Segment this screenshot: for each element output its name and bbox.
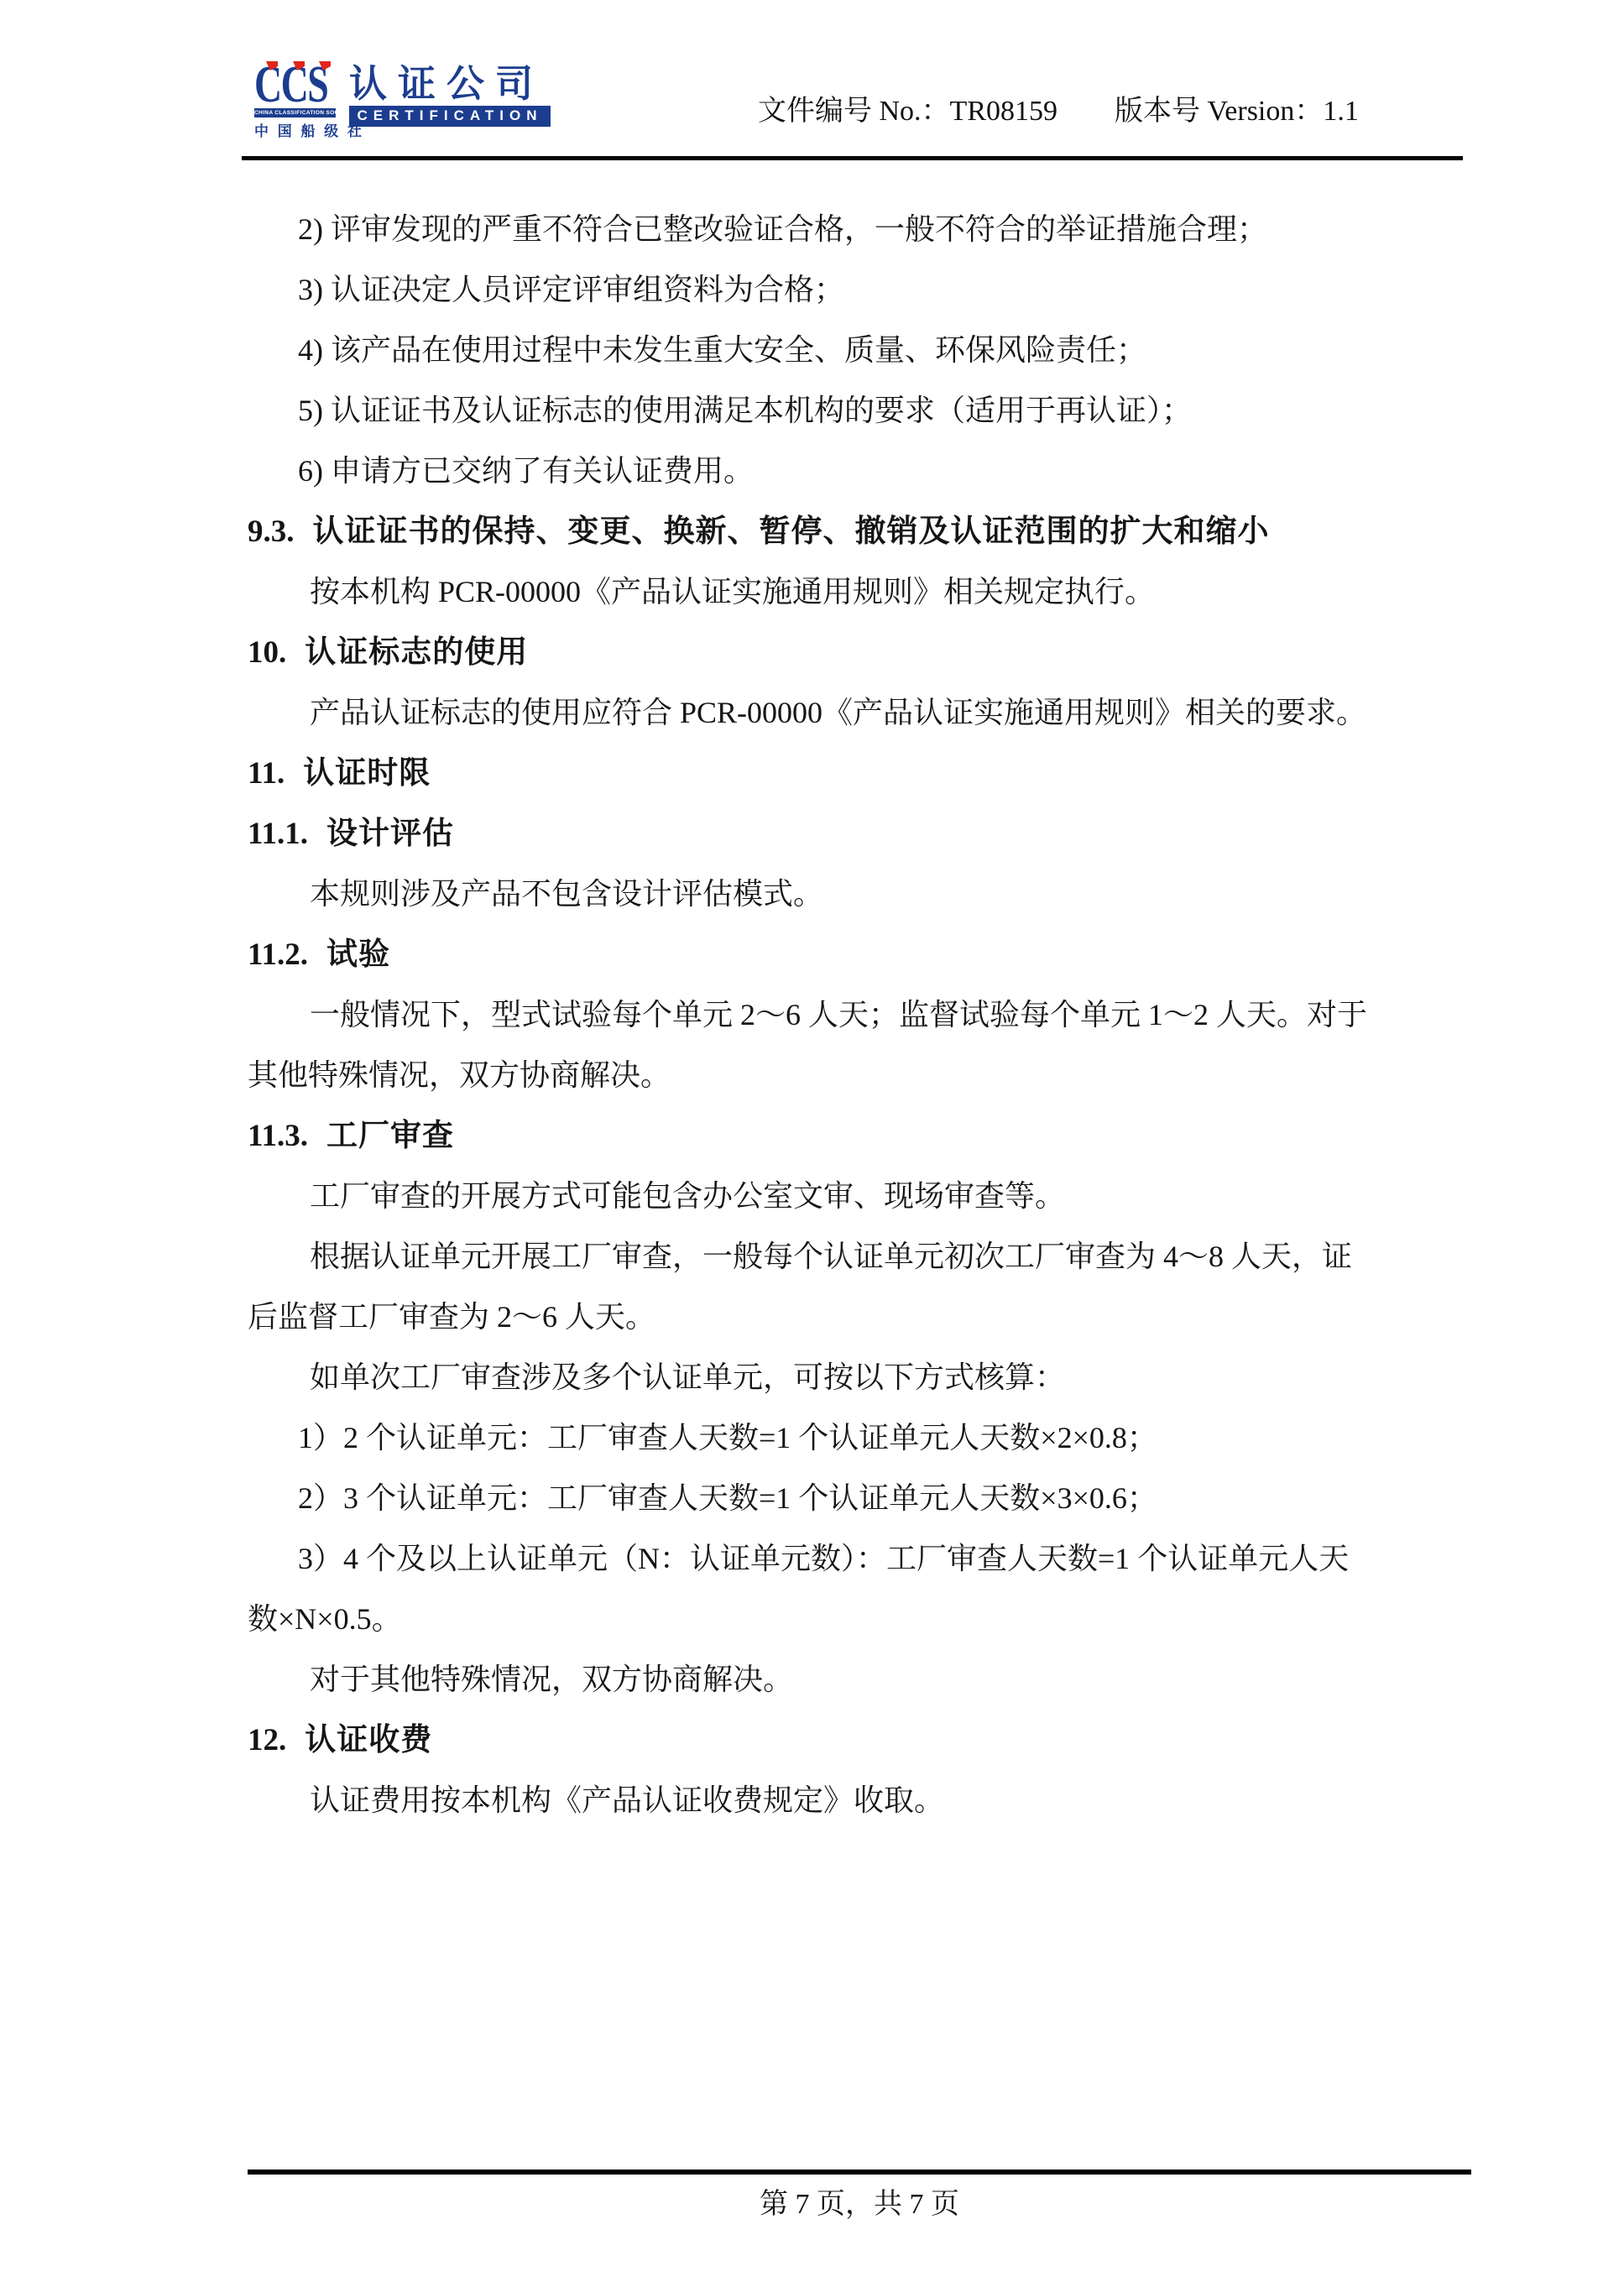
section-heading: 10.认证标志的使用 bbox=[248, 622, 1466, 682]
body-line: 5) 认证证书及认证标志的使用满足本机构的要求（适用于再认证）； bbox=[248, 380, 1466, 441]
heading-number: 11.1. bbox=[248, 817, 308, 851]
heading-number: 12. bbox=[248, 1723, 286, 1757]
body-line: 根据认证单元开展工厂审查，一般每个认证单元初次工厂审查为 4～8 人天，证 bbox=[248, 1226, 1466, 1287]
heading-number: 11.2. bbox=[248, 937, 308, 972]
heading-number: 9.3. bbox=[248, 514, 295, 549]
line-text: 设计评估 bbox=[326, 816, 454, 850]
line-text: 按本机构 PCR-00000《产品认证实施通用规则》相关规定执行。 bbox=[310, 575, 1155, 608]
line-text: 3) 认证决定人员评定评审组资料为合格； bbox=[298, 273, 844, 306]
line-text: 对于其他特殊情况，双方协商解决。 bbox=[310, 1663, 793, 1696]
page-number: 第 7 页，共 7 页 bbox=[248, 2180, 1471, 2229]
line-text: 5) 认证证书及认证标志的使用满足本机构的要求（适用于再认证）； bbox=[298, 394, 1192, 427]
body-line: 2）3 个认证单元：工厂审查人天数=1 个认证单元人天数×3×0.6； bbox=[248, 1468, 1466, 1528]
section-heading: 11.2.试验 bbox=[248, 924, 1466, 984]
certification-bar: CERTIFICATION bbox=[349, 106, 551, 127]
header-rule bbox=[242, 156, 1463, 160]
line-text: 认证标志的使用 bbox=[305, 634, 528, 669]
footer-rule bbox=[248, 2170, 1471, 2175]
line-text: 认证费用按本机构《产品认证收费规定》收取。 bbox=[310, 1783, 944, 1817]
section-heading: 11.认证时限 bbox=[248, 743, 1466, 803]
line-text: 2) 评审发现的严重不符合已整改验证合格，一般不符合的举证措施合理； bbox=[298, 212, 1267, 246]
body-line: 产品认证标志的使用应符合 PCR-00000《产品认证实施通用规则》相关的要求。 bbox=[248, 682, 1466, 743]
section-heading: 11.3.工厂审查 bbox=[248, 1105, 1466, 1166]
line-text: 认证证书的保持、变更、换新、暂停、撤销及认证范围的扩大和缩小 bbox=[313, 514, 1270, 548]
doc-number: 文件编号 No.：TR08159 bbox=[758, 87, 1057, 128]
line-text: 2）3 个认证单元：工厂审查人天数=1 个认证单元人天数×3×0.6； bbox=[298, 1481, 1157, 1515]
ccs-logo-right: 认证公司 CERTIFICATION bbox=[349, 64, 551, 127]
body-line: 1）2 个认证单元：工厂审查人天数=1 个认证单元人天数×2×0.8； bbox=[248, 1407, 1466, 1468]
body-line: 本规则涉及产品不包含设计评估模式。 bbox=[248, 864, 1466, 924]
heading-number: 10. bbox=[248, 635, 286, 670]
line-text: 一般情况下，型式试验每个单元 2～6 人天；监督试验每个单元 1～2 人天。对于 bbox=[310, 998, 1367, 1031]
line-text: 试验 bbox=[326, 937, 390, 971]
body-line: 其他特殊情况，双方协商解决。 bbox=[248, 1045, 1466, 1105]
line-text: 产品认证标志的使用应符合 PCR-00000《产品认证实施通用规则》相关的要求。 bbox=[310, 696, 1366, 729]
ccs-letters: CCS bbox=[254, 64, 338, 106]
body-line: 一般情况下，型式试验每个单元 2～6 人天；监督试验每个单元 1～2 人天。对于 bbox=[248, 984, 1466, 1045]
line-text: 1）2 个认证单元：工厂审查人天数=1 个认证单元人天数×2×0.8； bbox=[298, 1421, 1157, 1454]
body-line: 后监督工厂审查为 2～6 人天。 bbox=[248, 1287, 1466, 1347]
body-line: 对于其他特殊情况，双方协商解决。 bbox=[248, 1649, 1466, 1710]
line-text: 6) 申请方已交纳了有关认证费用。 bbox=[298, 454, 754, 488]
company-name-cn: 认证公司 bbox=[349, 64, 551, 103]
line-text: 数×N×0.5。 bbox=[248, 1602, 402, 1636]
body-line: 3) 认证决定人员评定评审组资料为合格； bbox=[248, 259, 1466, 320]
document-body: 2) 评审发现的严重不符合已整改验证合格，一般不符合的举证措施合理；3) 认证决… bbox=[248, 199, 1466, 1830]
body-line: 如单次工厂审查涉及多个认证单元，可按以下方式核算： bbox=[248, 1347, 1466, 1407]
ccs-logo-text: CCS bbox=[254, 64, 316, 106]
line-text: 4) 该产品在使用过程中未发生重大安全、质量、环保风险责任； bbox=[298, 333, 1146, 367]
line-text: 认证收费 bbox=[305, 1722, 432, 1757]
line-text: 本规则涉及产品不包含设计评估模式。 bbox=[310, 877, 823, 911]
body-line: 6) 申请方已交纳了有关认证费用。 bbox=[248, 441, 1466, 501]
body-line: 工厂审查的开展方式可能包含办公室文审、现场审查等。 bbox=[248, 1166, 1466, 1226]
ccs-logo: CCS CHINA CLASSIFICATION SOCIETY 中 国 船 级… bbox=[254, 64, 551, 140]
body-line: 按本机构 PCR-00000《产品认证实施通用规则》相关规定执行。 bbox=[248, 561, 1466, 622]
line-text: 3）4 个及以上认证单元（N：认证单元数）：工厂审查人天数=1 个认证单元人天 bbox=[298, 1542, 1349, 1575]
line-text: 后监督工厂审查为 2～6 人天。 bbox=[248, 1300, 655, 1334]
body-line: 4) 该产品在使用过程中未发生重大安全、质量、环保风险责任； bbox=[248, 320, 1466, 380]
heading-number: 11. bbox=[248, 756, 285, 791]
document-page: CCS CHINA CLASSIFICATION SOCIETY 中 国 船 级… bbox=[0, 0, 1624, 2287]
line-text: 根据认证单元开展工厂审查，一般每个认证单元初次工厂审查为 4～8 人天，证 bbox=[310, 1240, 1352, 1273]
body-line: 2) 评审发现的严重不符合已整改验证合格，一般不符合的举证措施合理； bbox=[248, 199, 1466, 259]
line-text: 工厂审查 bbox=[326, 1118, 454, 1152]
section-heading: 12.认证收费 bbox=[248, 1710, 1466, 1770]
line-text: 如单次工厂审查涉及多个认证单元，可按以下方式核算： bbox=[310, 1360, 1065, 1394]
body-line: 3）4 个及以上认证单元（N：认证单元数）：工厂审查人天数=1 个认证单元人天 bbox=[248, 1528, 1466, 1589]
section-heading: 11.1.设计评估 bbox=[248, 803, 1466, 864]
line-text: 认证时限 bbox=[303, 755, 431, 790]
body-line: 认证费用按本机构《产品认证收费规定》收取。 bbox=[248, 1770, 1466, 1830]
ccs-logo-left: CCS CHINA CLASSIFICATION SOCIETY 中 国 船 级… bbox=[254, 64, 338, 140]
society-name-cn: 中 国 船 级 社 bbox=[254, 119, 338, 140]
section-heading: 9.3.认证证书的保持、变更、换新、暂停、撤销及认证范围的扩大和缩小 bbox=[248, 501, 1466, 561]
document-info: 文件编号 No.：TR08159 版本号 Version：1.1 bbox=[758, 87, 1359, 128]
line-text: 其他特殊情况，双方协商解决。 bbox=[248, 1058, 671, 1092]
version-number: 版本号 Version：1.1 bbox=[1115, 87, 1359, 128]
line-text: 工厂审查的开展方式可能包含办公室文审、现场审查等。 bbox=[310, 1179, 1065, 1213]
heading-number: 11.3. bbox=[248, 1119, 308, 1153]
body-line: 数×N×0.5。 bbox=[248, 1589, 1466, 1649]
